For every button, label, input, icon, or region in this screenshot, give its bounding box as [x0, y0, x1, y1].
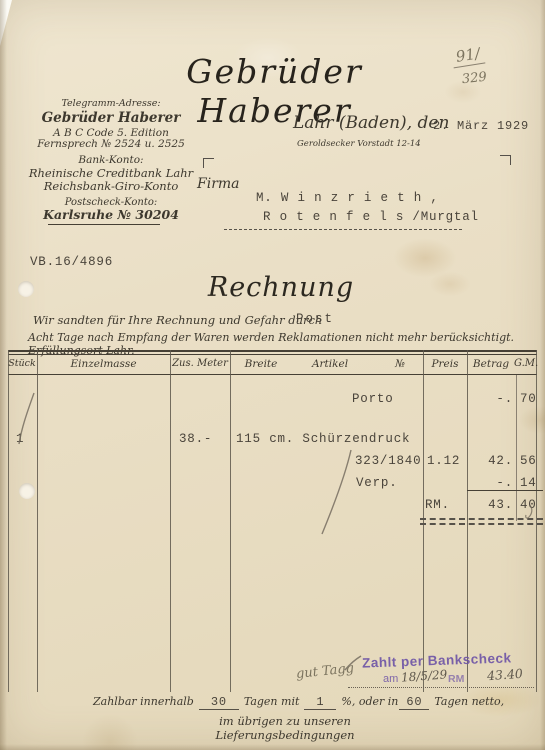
stamp-am-label: am: [383, 673, 398, 685]
terms-part-4: Tagen netto,: [434, 695, 504, 708]
terms-part-1: Zahlbar innerhalb: [93, 695, 194, 708]
terms-days-1: 30: [199, 695, 239, 710]
hole-punch-top: [18, 281, 34, 297]
terms-part-3: %, oder in: [341, 695, 398, 708]
terms-days-2: 60: [399, 695, 429, 710]
paper-edge-bottom: [0, 744, 545, 750]
terms-discount: 1: [304, 695, 336, 710]
hole-punch-bottom: [19, 483, 35, 499]
payment-terms-line: Zahlbar innerhalb 30 Tagen mit 1 %, oder…: [93, 695, 504, 710]
terms-part-2: Tagen mit: [244, 695, 300, 708]
handwritten-payment-amount: 43.40: [487, 666, 524, 683]
handwritten-pen-strokes: [0, 0, 545, 750]
stamp-underline: [348, 687, 534, 688]
delivery-conditions-line: im übrigen zu unseren Lieferungsbedingun…: [150, 714, 420, 742]
paper-edge-left: [0, 0, 7, 750]
stamp-rm-label: RM: [448, 673, 464, 685]
invoice-document: Gebrüder Haberer Telegramm-Adresse: Gebr…: [0, 0, 545, 750]
paper-edge-right: [540, 0, 545, 750]
